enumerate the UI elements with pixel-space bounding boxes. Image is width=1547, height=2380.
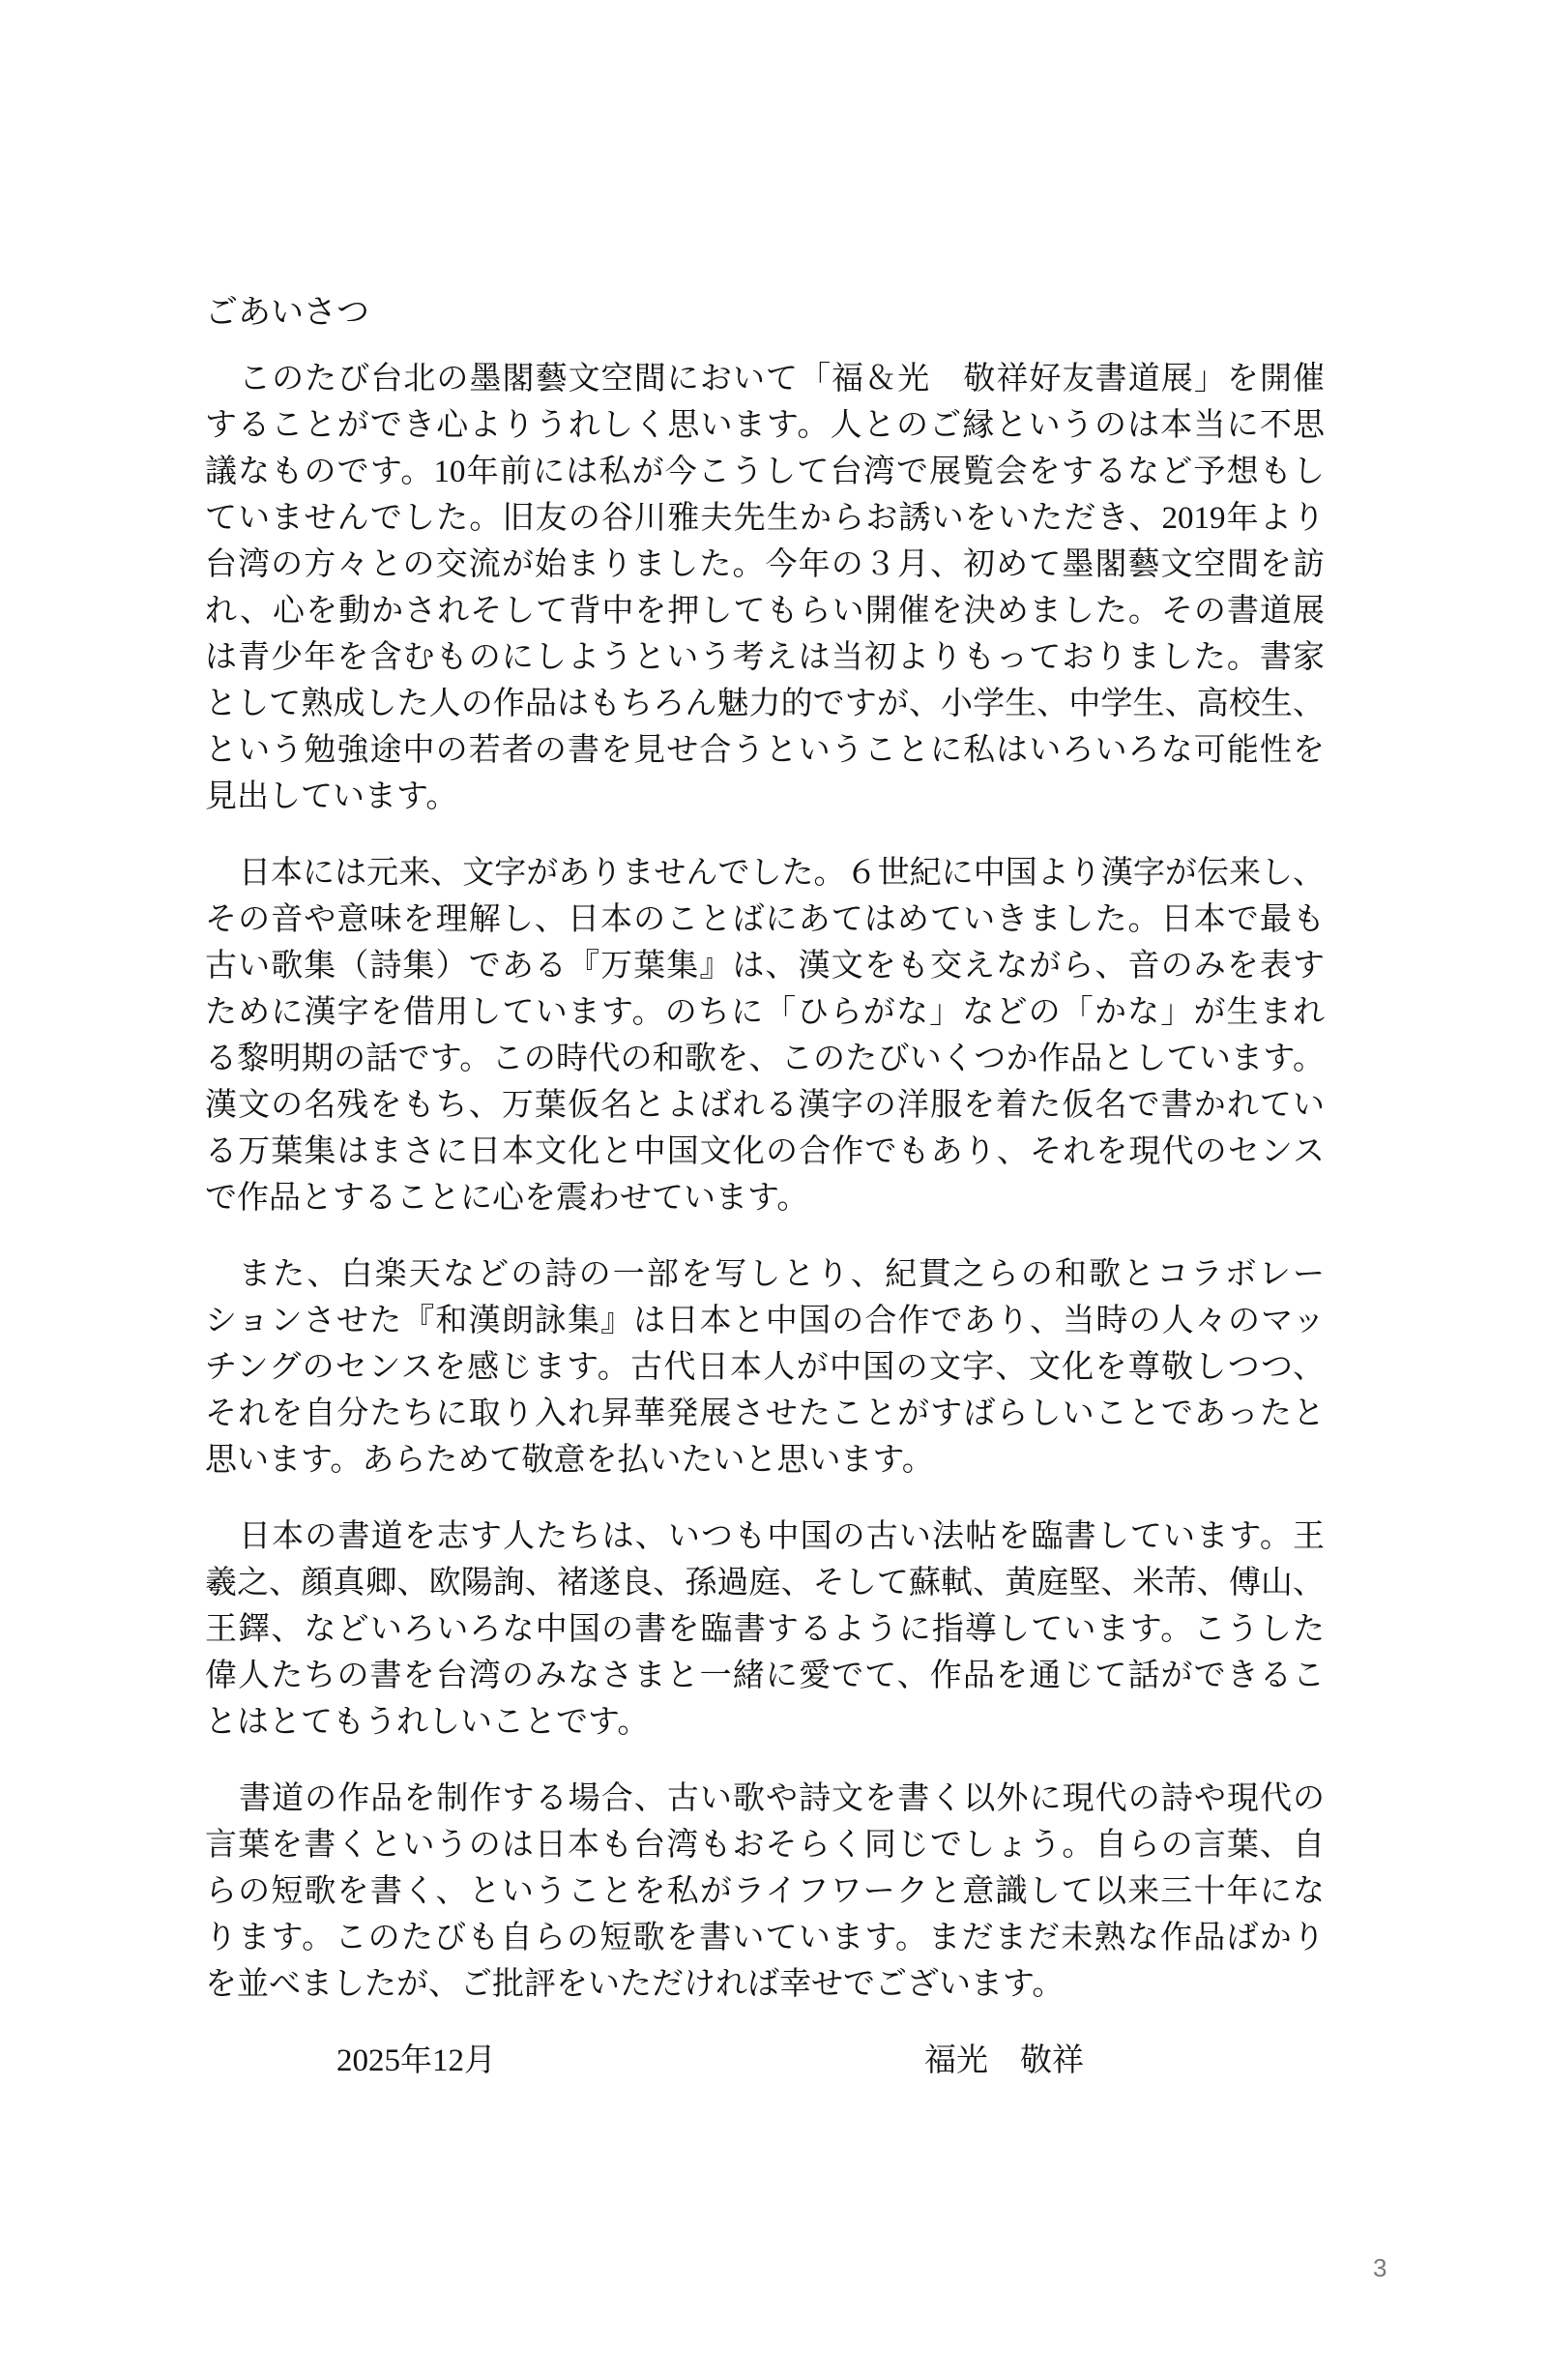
text-line: その音や意味を理解し、日本のことばにあてはめていきました。日本で最も: [205, 896, 1325, 943]
text-line: 日本の書道を志す人たちは、いつも中国の古い法帖を臨書しています。王: [205, 1513, 1325, 1560]
text-line: ために漢字を借用しています。のちに「ひらがな」などの「かな」が生まれ: [205, 989, 1325, 1036]
text-line: らの短歌を書く、ということを私がライフワークと意識して以来三十年にな: [205, 1868, 1325, 1915]
document-page: ごあいさつ このたび台北の墨閣藝文空間において「福＆光 敬祥好友書道展」を開催す…: [0, 0, 1547, 2380]
text-line: で作品とすることに心を震わせています。: [205, 1175, 1325, 1221]
text-line: る万葉集はまさに日本文化と中国文化の合作でもあり、それを現代のセンス: [205, 1129, 1325, 1175]
text-line: を並べましたが、ご批評をいただければ幸せでございます。: [205, 1961, 1325, 2008]
closing-line: 2025年12月 福光 敬祥: [205, 2038, 1325, 2084]
text-content: ごあいさつ このたび台北の墨閣藝文空間において「福＆光 敬祥好友書道展」を開催す…: [205, 290, 1325, 2084]
paragraph: このたび台北の墨閣藝文空間において「福＆光 敬祥好友書道展」を開催することができ…: [205, 356, 1325, 820]
closing-date: 2025年12月: [336, 2038, 496, 2084]
text-line: 思います。あらためて敬意を払いたいと思います。: [205, 1437, 1325, 1484]
text-line: 偉人たちの書を台湾のみなさまと一緒に愛でて、作品を通じて話ができるこ: [205, 1653, 1325, 1699]
page-number: 3: [1373, 2253, 1386, 2282]
text-line: という勉強途中の若者の書を見せ合うということに私はいろいろな可能性を: [205, 727, 1325, 774]
text-line: また、白楽天などの詩の一部を写しとり、紀貫之らの和歌とコラボレー: [205, 1251, 1325, 1298]
text-line: チングのセンスを感じます。古代日本人が中国の文字、文化を尊敬しつつ、: [205, 1344, 1325, 1391]
text-line: 見出しています。: [205, 774, 1325, 820]
text-line: することができ心よりうれしく思います。人とのご縁というのは本当に不思: [205, 402, 1325, 449]
text-line: は青少年を含むものにしようという考えは当初よりもっておりました。書家: [205, 634, 1325, 681]
text-line: る黎明期の話です。この時代の和歌を、このたびいくつか作品としています。: [205, 1036, 1325, 1082]
paragraph: また、白楽天などの詩の一部を写しとり、紀貫之らの和歌とコラボレーションさせた『和…: [205, 1251, 1325, 1484]
text-line: れ、心を動かされそして背中を押してもらい開催を決めました。その書道展: [205, 588, 1325, 634]
text-line: ります。このたびも自らの短歌を書いています。まだまだ未熟な作品ばかり: [205, 1915, 1325, 1961]
text-line: 古い歌集（詩集）である『万葉集』は、漢文をも交えながら、音のみを表す: [205, 943, 1325, 989]
page-title: ごあいさつ: [205, 290, 1325, 337]
closing-signature: 福光 敬祥: [924, 2038, 1084, 2084]
text-line: とはとてもうれしいことです。: [205, 1699, 1325, 1746]
text-line: 王鐸、などいろいろな中国の書を臨書するように指導しています。こうした: [205, 1606, 1325, 1653]
paragraph: 日本には元来、文字がありませんでした。６世紀に中国より漢字が伝来し、その音や意味…: [205, 850, 1325, 1221]
paragraph: 日本の書道を志す人たちは、いつも中国の古い法帖を臨書しています。王羲之、顔真卿、…: [205, 1513, 1325, 1746]
text-line: このたび台北の墨閣藝文空間において「福＆光 敬祥好友書道展」を開催: [205, 356, 1325, 402]
text-line: 日本には元来、文字がありませんでした。６世紀に中国より漢字が伝来し、: [205, 850, 1325, 896]
text-line: として熟成した人の作品はもちろん魅力的ですが、小学生、中学生、高校生、: [205, 681, 1325, 727]
text-line: 羲之、顔真卿、欧陽詢、褚遂良、孫過庭、そして蘇軾、黄庭堅、米芾、傅山、: [205, 1560, 1325, 1606]
text-line: ていませんでした。旧友の谷川雅夫先生からお誘いをいただき、2019年より: [205, 495, 1325, 542]
text-line: ションさせた『和漢朗詠集』は日本と中国の合作であり、当時の人々のマッ: [205, 1298, 1325, 1344]
paragraph: 書道の作品を制作する場合、古い歌や詩文を書く以外に現代の詩や現代の言葉を書くとい…: [205, 1776, 1325, 2008]
text-line: 議なものです。10年前には私が今こうして台湾で展覧会をするなど予想もし: [205, 449, 1325, 495]
text-line: 台湾の方々との交流が始まりました。今年の３月、初めて墨閣藝文空間を訪: [205, 542, 1325, 588]
paragraphs: このたび台北の墨閣藝文空間において「福＆光 敬祥好友書道展」を開催することができ…: [205, 356, 1325, 2008]
text-line: 言葉を書くというのは日本も台湾もおそらく同じでしょう。自らの言葉、自: [205, 1822, 1325, 1868]
text-line: 漢文の名残をもち、万葉仮名とよばれる漢字の洋服を着た仮名で書かれてい: [205, 1082, 1325, 1129]
text-line: それを自分たちに取り入れ昇華発展させたことがすばらしいことであったと: [205, 1391, 1325, 1437]
text-line: 書道の作品を制作する場合、古い歌や詩文を書く以外に現代の詩や現代の: [205, 1776, 1325, 1822]
